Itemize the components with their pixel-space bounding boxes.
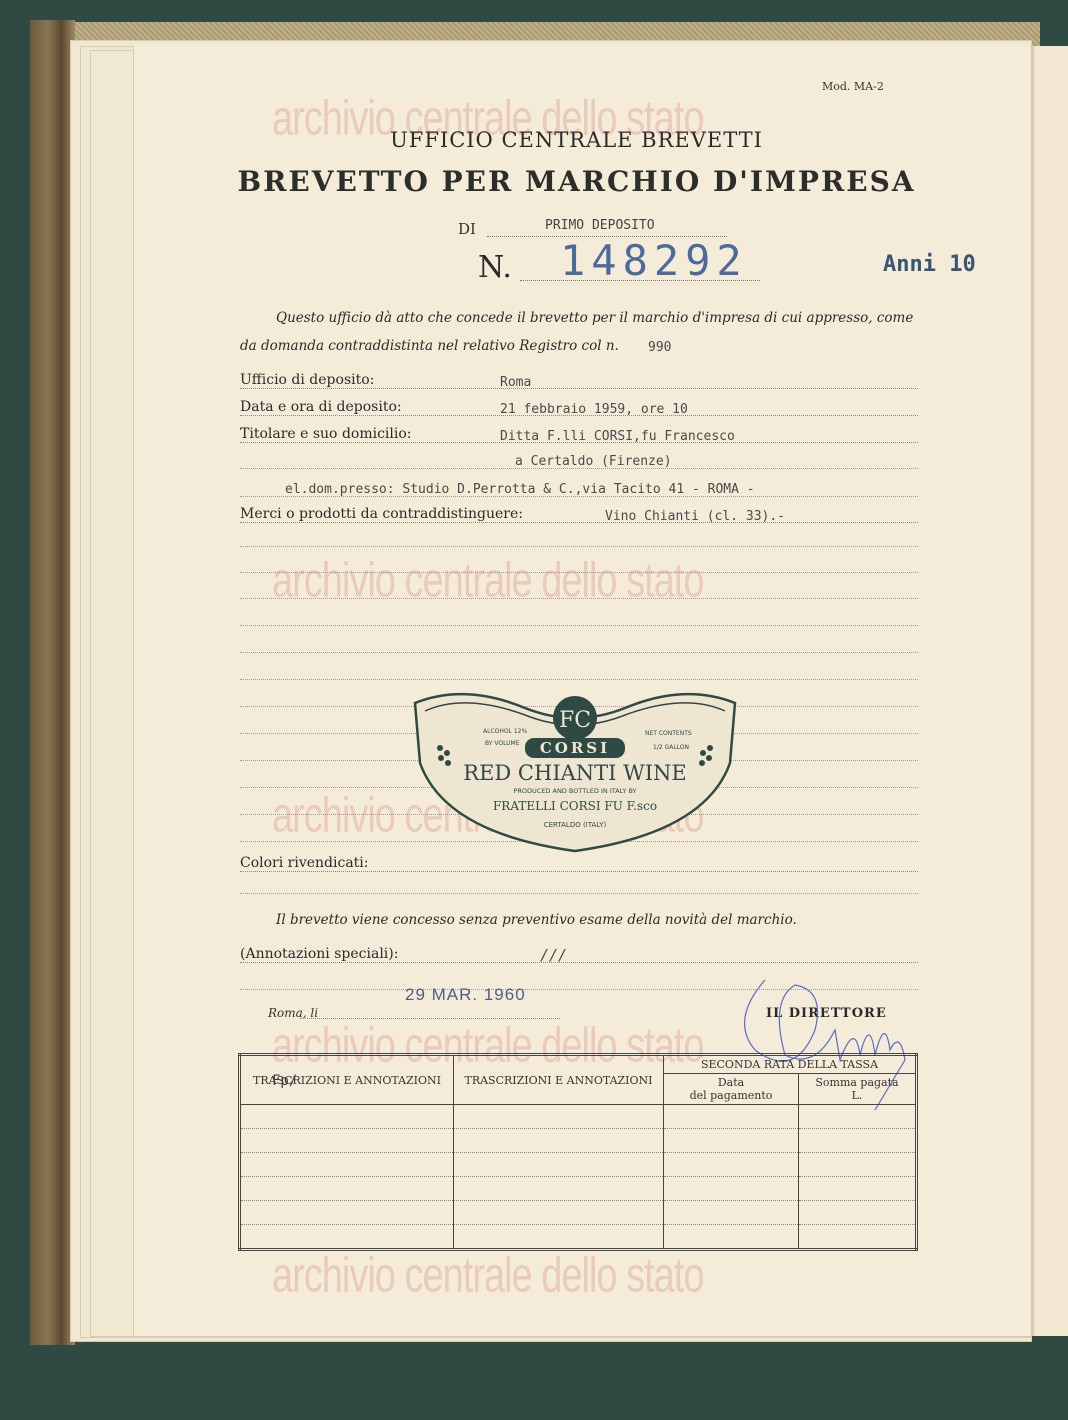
table-row	[240, 1177, 917, 1201]
field-value: Ditta F.lli CORSI,fu Francesco	[500, 429, 735, 444]
office-heading: UFFICIO CENTRALE BREVETTI	[0, 128, 1068, 152]
watermark: archivio centrale dello stato	[272, 1249, 703, 1305]
wine-label-icon: FC CORSI ALCOHOL 12% BY VOLUME NET CONTE…	[405, 683, 745, 853]
col-header: TRASCRIZIONI E ANNOTAZIONI	[454, 1055, 664, 1105]
field-value: 21 febbraio 1959, ore 10	[500, 402, 688, 417]
svg-text:PRODUCED AND BOTTLED IN ITALY: PRODUCED AND BOTTLED IN ITALY BY	[513, 787, 636, 795]
field-merci: Merci o prodotti da contraddistinguere:	[240, 506, 918, 526]
blank-line	[240, 893, 918, 894]
deposit-type: PRIMO DEPOSITO	[545, 218, 655, 233]
svg-text:CERTALDO (ITALY): CERTALDO (ITALY)	[544, 821, 607, 829]
novelty-note: Il brevetto viene concesso senza prevent…	[276, 912, 956, 928]
form-code: Mod. MA-2	[822, 80, 884, 93]
table-row	[240, 1201, 917, 1225]
handwritten-mark: Fp/	[272, 1073, 297, 1089]
sub-header-amount: Somma pagataL.	[799, 1074, 917, 1105]
field-label: (Annotazioni speciali):	[240, 946, 402, 962]
duration: Anni 10	[883, 252, 976, 277]
blank-line	[240, 598, 918, 599]
table-row	[240, 1105, 917, 1129]
svg-text:CORSI: CORSI	[540, 739, 610, 757]
trademark-label: FC CORSI ALCOHOL 12% BY VOLUME NET CONTE…	[405, 683, 745, 853]
table-row	[240, 1129, 917, 1153]
svg-text:RED CHIANTI WINE: RED CHIANTI WINE	[463, 761, 686, 785]
date-stamp: 29 MAR. 1960	[405, 985, 526, 1005]
field-value: a Certaldo (Firenze)	[515, 454, 672, 469]
di-label: DI	[458, 220, 476, 238]
blank-line	[240, 652, 918, 653]
facing-page-edge	[1032, 46, 1068, 1336]
sub-header-date: Datadel pagamento	[664, 1074, 799, 1105]
watermark: archivio centrale dello stato	[272, 554, 703, 610]
patent-number: 148292	[560, 236, 748, 285]
binding-spine	[30, 20, 75, 1345]
field-value: el.dom.presso: Studio D.Perrotta & C.,vi…	[285, 482, 755, 497]
blank-line	[240, 679, 918, 680]
number-label: N.	[478, 250, 512, 285]
field-ufficio: Ufficio di deposito:	[240, 372, 918, 392]
field-label: Ufficio di deposito:	[240, 372, 378, 388]
svg-text:ALCOHOL 12%: ALCOHOL 12%	[483, 728, 527, 735]
svg-text:FC: FC	[559, 708, 591, 733]
field-label: Merci o prodotti da contraddistinguere:	[240, 506, 527, 522]
table-row	[240, 1225, 917, 1250]
field-label: Data e ora di deposito:	[240, 399, 406, 415]
blank-line	[240, 546, 918, 547]
field-colori: Colori rivendicati:	[240, 855, 918, 875]
document-title: BREVETTO PER MARCHIO D'IMPRESA	[0, 165, 1068, 198]
svg-text:NET CONTENTS: NET CONTENTS	[645, 730, 692, 737]
svg-text:BY VOLUME: BY VOLUME	[485, 740, 520, 747]
place-line	[300, 1018, 560, 1019]
field-label: Titolare e suo domicilio:	[240, 426, 416, 442]
blank-line	[240, 572, 918, 573]
table-row	[240, 1153, 917, 1177]
group-header: SECONDA RATA DELLA TASSA	[664, 1055, 917, 1074]
svg-text:1/2 GALLON: 1/2 GALLON	[653, 744, 689, 751]
field-value: Vino Chianti (cl. 33).-	[605, 509, 785, 524]
intro-line-1: Questo ufficio dà atto che concede il br…	[240, 310, 920, 326]
blank-line	[240, 625, 918, 626]
intro-line-2: da domanda contraddistinta nel relativo …	[240, 338, 920, 354]
svg-text:FRATELLI CORSI FU F.sco: FRATELLI CORSI FU F.sco	[493, 799, 657, 813]
transcription-table: TRASCRIZIONI E ANNOTAZIONI TRASCRIZIONI …	[238, 1053, 918, 1251]
field-value: Roma	[500, 375, 531, 390]
register-number: 990	[648, 340, 671, 355]
annotazioni-value: ///	[540, 946, 567, 964]
field-label: Colori rivendicati:	[240, 855, 373, 871]
